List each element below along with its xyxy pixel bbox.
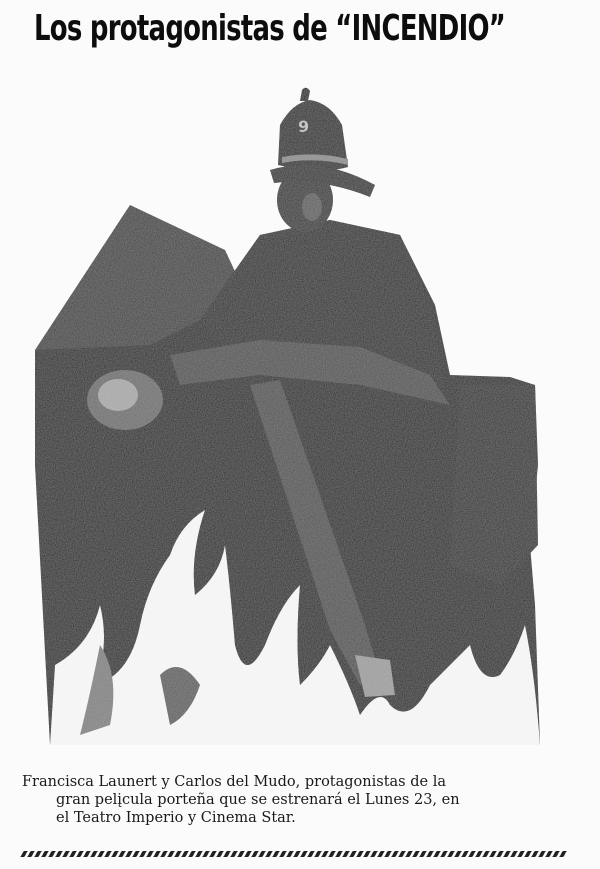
caption-line-1: Francisca Launert y Carlos del Mudo, pro… <box>22 773 567 791</box>
caption-line-2: gran pelįcula porteña que se estrenará e… <box>22 791 567 809</box>
dotted-separator <box>20 851 568 857</box>
helmet-number: 9 <box>298 117 309 136</box>
headline: Los protagonistas de “INCENDIO” <box>34 8 423 49</box>
article-photo: 9 <box>30 85 570 755</box>
photo-caption: Francisca Launert y Carlos del Mudo, pro… <box>22 773 567 827</box>
caption-line-3: el Teatro Imperio y Cinema Star. <box>22 809 567 827</box>
firefighter-photo: 9 <box>30 85 570 755</box>
